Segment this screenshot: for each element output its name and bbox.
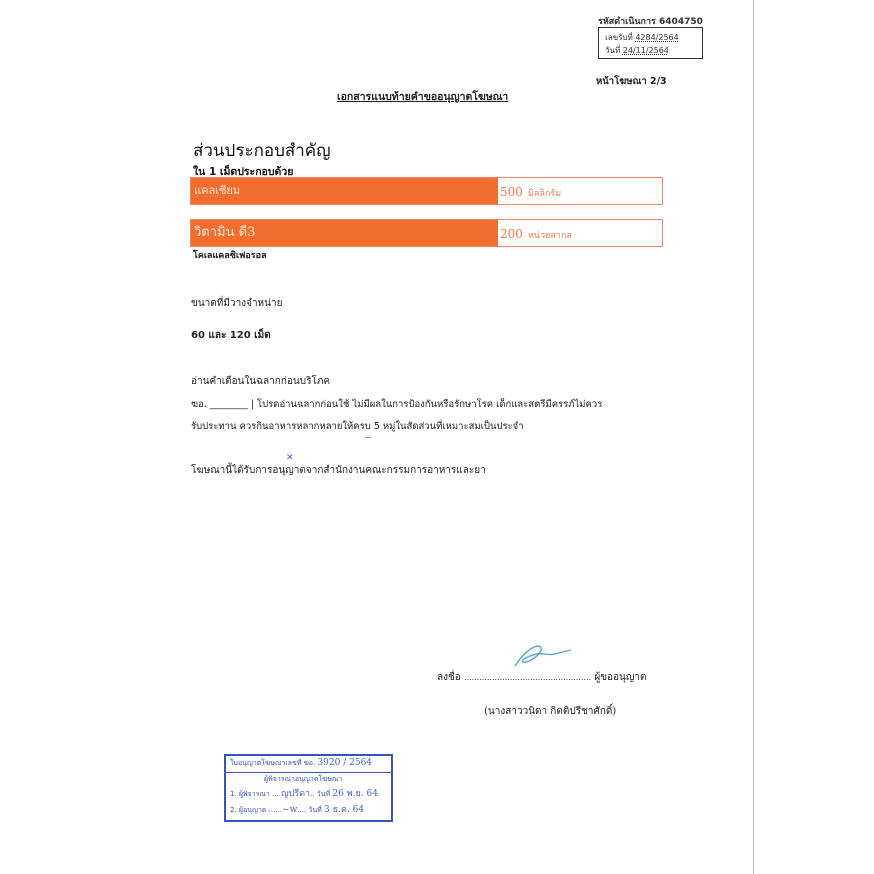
stamp-row-2-date-label: วันที่ [308,806,321,814]
stamp-row-1-label: 1. ผู้พิจารณา [230,790,270,798]
page-edge-line [753,0,754,874]
stamp-row-2-label: 2. ผู้อนุญาต [230,806,266,814]
receipt-no-row: เลขรับที่ 4284/2564 [605,31,679,44]
stamp-row-1-date: 26 พ.ย. 64 [332,789,378,799]
approval-note: โฆษณานี้ได้รับการอนุญาตจากสำนักงานคณะกรร… [191,463,486,478]
receipt-no-label: เลขรับที่ [605,33,633,42]
approval-stamp: ใบอนุญาตโฆษณาเลขที่ ฆอ. 3920 / 2564 ผู้พ… [224,754,393,822]
stamp-divider [226,772,391,773]
page-number: หน้าโฆษณา 2/3 [596,74,667,89]
ingredient-name: แคลเซียม [191,178,498,204]
signer-name: (นางสาววนิดา กิตติปรีชาศักดิ์) [484,704,616,719]
stamp-permit-number: 3920 / 2564 [317,758,372,768]
warning-line-1: ฆอ. ________ | โปรดอ่านฉลากก่อนใช้ ไม่มี… [191,397,602,412]
stamp-row-2-sign: ~w [282,805,297,815]
ingredient-name: วิตามิน ดี3 [191,220,498,246]
receipt-date-row: วันที่ 24/11/2564 [605,44,669,57]
warning-title: อ่านคำเตือนในฉลากก่อนบริโภค [191,374,330,389]
operation-code-value: 6404750 [659,17,703,27]
ingredient-row: แคลเซียม 500 มิลลิกรัม [190,177,663,205]
sizes-value: 60 และ 120 เม็ด [191,328,271,343]
signature-line: ลงชื่อ .................................… [437,670,647,685]
stamp-row-1-date-label: วันที่ [317,790,330,798]
stamp-row-1: 1. ผู้พิจารณา ....ญปรีดา.. วันที่ 26 พ.ย… [230,786,378,800]
composition-title: ส่วนประกอบสำคัญ [193,137,331,164]
ingredient-amount-value: 200 [500,227,523,241]
stamp-row-2: 2. ผู้อนุญาต ......~w.... วันที่ 3 ธ.ค. … [230,802,364,816]
operation-code: รหัสดำเนินการ 6404750 [598,14,703,28]
ingredient-amount: 200 หน่วยสากล [500,220,572,246]
receipt-date-label: วันที่ [605,46,620,55]
ingredient-amount-unit: มิลลิกรัม [528,189,561,199]
ingredient-extra: โคเลแคลซิเฟอรอล [193,248,267,262]
signature-dots: ........................................… [464,673,591,682]
ingredient-row: วิตามิน ดี3 200 หน่วยสากล [190,219,663,247]
receipt-box: เลขรับที่ 4284/2564 วันที่ 24/11/2564 [598,27,703,59]
warning-line-2: รับประทาน ควรกินอาหารหลากหลายให้ครบ 5 หม… [191,419,524,434]
stamp-permit-line: ใบอนุญาตโฆษณาเลขที่ ฆอ. 3920 / 2564 [230,758,372,769]
stamp-heading: ผู้พิจารณาอนุญาตโฆษณา [264,774,342,785]
ingredient-amount-value: 500 [500,185,523,199]
signature-role: ผู้ขออนุญาต [594,672,646,683]
receipt-no-value: 4284/2564 [635,33,678,42]
signature-scribble-icon [505,640,575,672]
stamp-permit-label: ใบอนุญาตโฆษณาเลขที่ ฆอ. [230,759,315,767]
document-title: เอกสารแนบท้ายคำขออนุญาตโฆษณา [337,88,508,105]
stamp-row-2-date: 3 ธ.ค. 64 [324,805,364,815]
sizes-label: ขนาดที่มีวางจำหน่าย [191,296,282,311]
handwritten-mark: ـــ [365,432,371,440]
stamp-row-1-sign: ญปรีดา [281,789,310,799]
receipt-date-value: 24/11/2564 [623,46,669,55]
handwritten-x-mark: ✕ [286,453,294,463]
ingredient-amount: 500 มิลลิกรัม [500,178,561,204]
operation-code-label: รหัสดำเนินการ [598,17,656,27]
ingredient-amount-unit: หน่วยสากล [528,231,572,241]
signature-label: ลงชื่อ [437,672,461,683]
